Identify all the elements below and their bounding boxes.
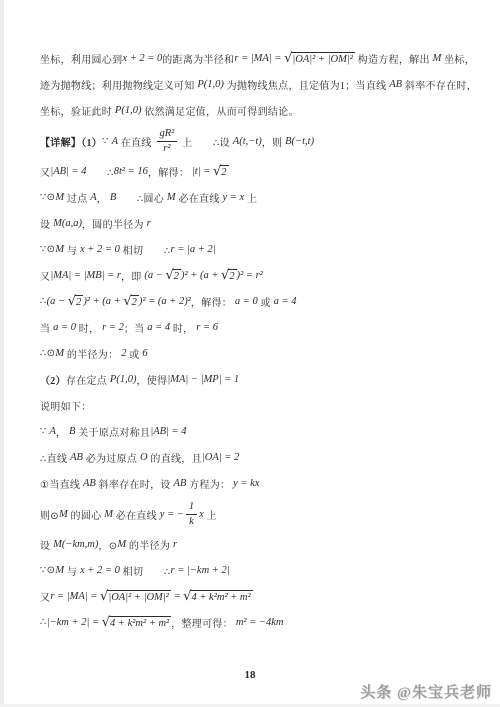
text-line: 说明如下： — [40, 397, 474, 414]
math-segment: )² = r² — [237, 270, 263, 281]
math-segment: r = 6 — [196, 322, 218, 333]
math-segment: P(1,0) — [110, 374, 137, 385]
radicand: 2 — [173, 269, 181, 282]
text-segment: 斜率存在时，设 — [96, 476, 174, 491]
math-segment: r = |MA| = — [50, 591, 100, 602]
text-line: ∴直线 AB 必为过原点 O 的直线，且|OA| = 2 — [40, 449, 474, 466]
text-line: 【详解】（1）∵ A 在直线 gR²r² 上 ∴设 A(t,−t)，则 B(−t… — [40, 128, 474, 154]
sqrt-expression: √2 — [213, 165, 229, 178]
math-segment: )² + (a + — [181, 270, 221, 281]
text-segment: 方程为： — [186, 476, 233, 491]
math-segment: AB — [389, 79, 402, 90]
math-segment: y = x — [222, 192, 244, 203]
text-line: 坐标，验证此时 P(1,0) 依然满足定值，从而可得到结论。 — [40, 102, 474, 119]
math-segment: a = 0 — [53, 322, 76, 333]
radicand: 2 — [220, 165, 228, 178]
radicand: |OA|² + |OM|² — [291, 52, 355, 65]
text-segment: 与 — [64, 242, 80, 257]
text-segment: 的直线，且 — [148, 450, 202, 465]
text-segment: 相切 ∴ — [120, 242, 171, 257]
radicand: |OA|² + |OM|² — [107, 590, 171, 603]
text-line: ∵⊙M 与 x + 2 = 0 相切 ∴r = |−km + 2| — [40, 562, 474, 579]
math-segment: P(1,0) — [197, 79, 224, 90]
math-segment: )² + (a + — [83, 296, 123, 307]
text-segment: ∵⊙ — [40, 192, 55, 203]
sqrt-expression: √2 — [221, 269, 237, 282]
text-segment: 又 — [40, 164, 50, 179]
fraction: gR²r² — [157, 128, 178, 154]
text-line: ∴⊙M 的半径为： 2 或 6 — [40, 345, 474, 362]
document-lines: 坐标，利用圆心到x + 2 = 0的距离为半径和r = |MA| = √|OA|… — [40, 50, 474, 640]
fraction: 1k — [186, 501, 197, 527]
text-segment: 设 — [40, 216, 53, 231]
radicand: 4 + k²m² + m² — [109, 616, 171, 629]
math-segment: M — [55, 565, 64, 576]
math-segment: )² = (a + 2)² — [139, 296, 191, 307]
text-segment: 迹为抛物线；利用抛物线定义可知 — [40, 77, 197, 92]
text-segment: 的圆心 — [68, 507, 105, 522]
page-edge-left — [0, 0, 4, 707]
math-segment: |−km + 2| = — [47, 617, 102, 628]
text-segment: ， — [97, 190, 110, 205]
math-segment: a = 4 — [147, 322, 170, 333]
text-segment: 构造方程，解出 — [355, 51, 433, 66]
text-segment: ， — [56, 424, 69, 439]
text-segment: 斜率不存在时，求解出 — [402, 77, 474, 92]
text-segment: ∴ — [40, 617, 47, 628]
text-segment: ，则 — [262, 134, 285, 149]
text-segment: 又 — [40, 589, 50, 604]
fraction-denominator: k — [189, 515, 194, 528]
math-segment: |OA| = 2 — [202, 452, 239, 463]
sqrt-expression: √2 — [165, 269, 181, 282]
math-segment: r — [147, 218, 151, 229]
text-line: 又r = |MA| = √|OA|² + |OM|² = √4 + k²m² +… — [40, 588, 474, 605]
math-segment: r — [173, 539, 177, 550]
text-segment: 上 — [244, 190, 257, 205]
text-line: 则⊙M 的圆心 M 必在直线 y = −1kx 上 — [40, 501, 474, 527]
watermark: 头条 @朱宝兵老师 — [360, 681, 492, 702]
text-segment: ∴⊙ — [40, 348, 55, 359]
text-segment: 上 ∴设 — [179, 134, 232, 149]
text-segment: 上 — [204, 507, 217, 522]
text-segment: 的距离为半径和 — [162, 51, 234, 66]
math-segment: M(a,a) — [53, 218, 82, 229]
math-segment: r = |MA| = — [234, 53, 284, 64]
text-line: 设 M(−km,m)，⊙M 的半径为 r — [40, 536, 474, 553]
text-segment: ，整理可得： — [171, 615, 236, 630]
text-segment: 存在定点 — [66, 372, 110, 387]
text-segment: 的半径为： — [64, 346, 121, 361]
text-segment: 关于原点对称且 — [75, 424, 150, 439]
text-line: 又|AB| = 4 ∴8t² = 16，解得： |t| = √2 — [40, 163, 474, 180]
math-segment: r = 2 — [102, 322, 124, 333]
sqrt-expression: √2 — [68, 295, 84, 308]
text-segment: ∴ — [40, 296, 47, 307]
math-segment: A(t,−t) — [233, 136, 262, 147]
math-segment: M — [55, 348, 64, 359]
sqrt-expression: √|OA|² + |OM|² — [284, 52, 355, 65]
math-segment: |t| = — [192, 166, 213, 177]
math-segment: AB — [70, 452, 83, 463]
math-segment: y = − — [160, 509, 184, 520]
text-segment: 依然满足定值，从而可得到结论。 — [141, 103, 298, 118]
math-segment: AB — [174, 478, 187, 489]
sqrt-expression: √4 + k²m² + m² — [102, 616, 172, 629]
text-line: 设 M(a,a)，圆的半径为 r — [40, 215, 474, 232]
text-segment: ，圆的半径为 — [82, 216, 147, 231]
math-segment: m² = −4km — [236, 617, 284, 628]
math-segment: M — [167, 192, 176, 203]
text-segment: ；当 — [124, 320, 147, 335]
math-segment: r = |−km + 2| — [171, 565, 230, 576]
text-segment: 则⊙ — [40, 507, 59, 522]
text-line: （2）存在定点 P(1,0)，使得|MA| − |MP| = 1 — [40, 371, 474, 388]
math-segment: (a − — [144, 270, 165, 281]
text-segment: ∵⊙ — [40, 244, 55, 255]
fraction-denominator: r² — [163, 142, 170, 155]
text-segment: 坐标，可知 — [441, 51, 474, 66]
text-segment: 坐标，验证此时 — [40, 103, 115, 118]
text-segment: 与 — [64, 563, 80, 578]
text-segment: 相切 ∴ — [120, 563, 171, 578]
text-segment: 说明如下： — [40, 398, 92, 413]
page-number: 18 — [0, 669, 500, 681]
math-segment: (a − — [47, 296, 68, 307]
math-segment: M — [117, 539, 126, 550]
text-segment: 必为过原点 — [83, 450, 140, 465]
text-line: 坐标，利用圆心到x + 2 = 0的距离为半径和r = |MA| = √|OA|… — [40, 50, 474, 67]
math-segment: a = 0 — [235, 296, 258, 307]
text-line: ①当直线 AB 斜率存在时，设 AB 方程为： y = kx — [40, 475, 474, 492]
fraction-numerator: gR² — [157, 128, 178, 142]
text-segment: ∵ — [102, 136, 111, 147]
text-line: ∴|−km + 2| = √4 + k²m² + m²，整理可得： m² = −… — [40, 614, 474, 631]
math-segment: B(−t,t) — [285, 136, 314, 147]
math-segment: AB — [83, 478, 96, 489]
math-segment: x + 2 = 0 — [122, 53, 162, 64]
math-segment: = — [171, 591, 183, 602]
math-segment: |MA| − |MP| = 1 — [167, 374, 239, 385]
text-segment: 当 — [40, 320, 53, 335]
text-line: 当 a = 0 时， r = 2；当 a = 4 时， r = 6 — [40, 319, 474, 336]
radicand: 4 + k²m² + m² — [190, 590, 252, 603]
text-segment: ，⊙ — [98, 537, 117, 552]
text-line: 又|MA| = |MB| = r，即 (a − √2)² + (a + √2)²… — [40, 267, 474, 284]
math-segment: 8t² = 16 — [114, 166, 148, 177]
text-segment: 必在直线 — [176, 190, 223, 205]
text-segment: ，解得： — [148, 164, 192, 179]
text-segment: ，即 — [121, 268, 144, 283]
text-segment: 必在直线 — [113, 507, 160, 522]
math-segment: P(1,0) — [115, 105, 142, 116]
text-line: ∴(a − √2)² + (a + √2)² = (a + 2)²，解得： a … — [40, 293, 474, 310]
text-segment: ，解得： — [191, 294, 235, 309]
math-segment: |MA| = |MB| = r — [50, 270, 121, 281]
text-segment: 或 — [126, 346, 142, 361]
math-segment: M — [59, 509, 68, 520]
math-segment: M — [55, 192, 64, 203]
math-segment: M(−km,m) — [53, 539, 98, 550]
fraction-numerator: 1 — [186, 501, 197, 515]
text-segment: 时， — [170, 320, 196, 335]
text-line: ∵ A， B 关于原点对称且|AB| = 4 — [40, 423, 474, 440]
radicand: 2 — [131, 295, 139, 308]
text-segment: ①当直线 — [40, 476, 83, 491]
text-segment: 坐标，利用圆心到 — [40, 51, 122, 66]
text-segment: 为抛物线焦点，且定值为1；当直线 — [224, 77, 389, 92]
document-page: 坐标，利用圆心到x + 2 = 0的距离为半径和r = |MA| = √|OA|… — [0, 0, 500, 707]
math-segment: M — [433, 53, 442, 64]
text-segment: ∵⊙ — [40, 565, 55, 576]
math-segment: M — [55, 244, 64, 255]
text-line: ∵⊙M 与 x + 2 = 0 相切 ∴r = |a + 2| — [40, 241, 474, 258]
text-segment: ，使得 — [136, 372, 167, 387]
text-segment: 时， — [76, 320, 102, 335]
text-line: 迹为抛物线；利用抛物线定义可知 P(1,0) 为抛物线焦点，且定值为1；当直线 … — [40, 76, 474, 93]
sqrt-expression: √|OA|² + |OM|² — [100, 590, 171, 603]
bold-text-segment: （2） — [40, 372, 66, 387]
math-segment: y = kx — [233, 478, 259, 489]
text-segment: ∴圆心 — [116, 190, 167, 205]
text-segment: 设 — [40, 537, 53, 552]
math-segment: O — [140, 452, 148, 463]
text-segment: 过点 — [64, 190, 90, 205]
text-segment: ∴ — [87, 164, 114, 179]
text-line: ∵⊙M 过点 A， B ∴圆心 M 必在直线 y = x 上 — [40, 189, 474, 206]
text-segment: 或 — [258, 294, 274, 309]
math-segment: M — [104, 509, 113, 520]
bold-text-segment: 【详解】（1） — [40, 134, 102, 149]
text-segment: 在直线 — [118, 134, 155, 149]
sqrt-expression: √4 + k²m² + m² — [183, 590, 253, 603]
text-segment: 又 — [40, 268, 50, 283]
math-segment: 6 — [142, 348, 147, 359]
math-segment: x + 2 = 0 — [80, 244, 120, 255]
text-segment: 的半径为 — [126, 537, 173, 552]
math-segment: r = |a + 2| — [171, 244, 216, 255]
math-segment: x + 2 = 0 — [80, 565, 120, 576]
math-segment: |AB| = 4 — [150, 426, 186, 437]
text-segment: ∴直线 — [40, 450, 70, 465]
sqrt-expression: √2 — [123, 295, 139, 308]
math-segment: a = 4 — [274, 296, 297, 307]
radicand: 2 — [228, 269, 236, 282]
math-segment: |AB| = 4 — [50, 166, 86, 177]
